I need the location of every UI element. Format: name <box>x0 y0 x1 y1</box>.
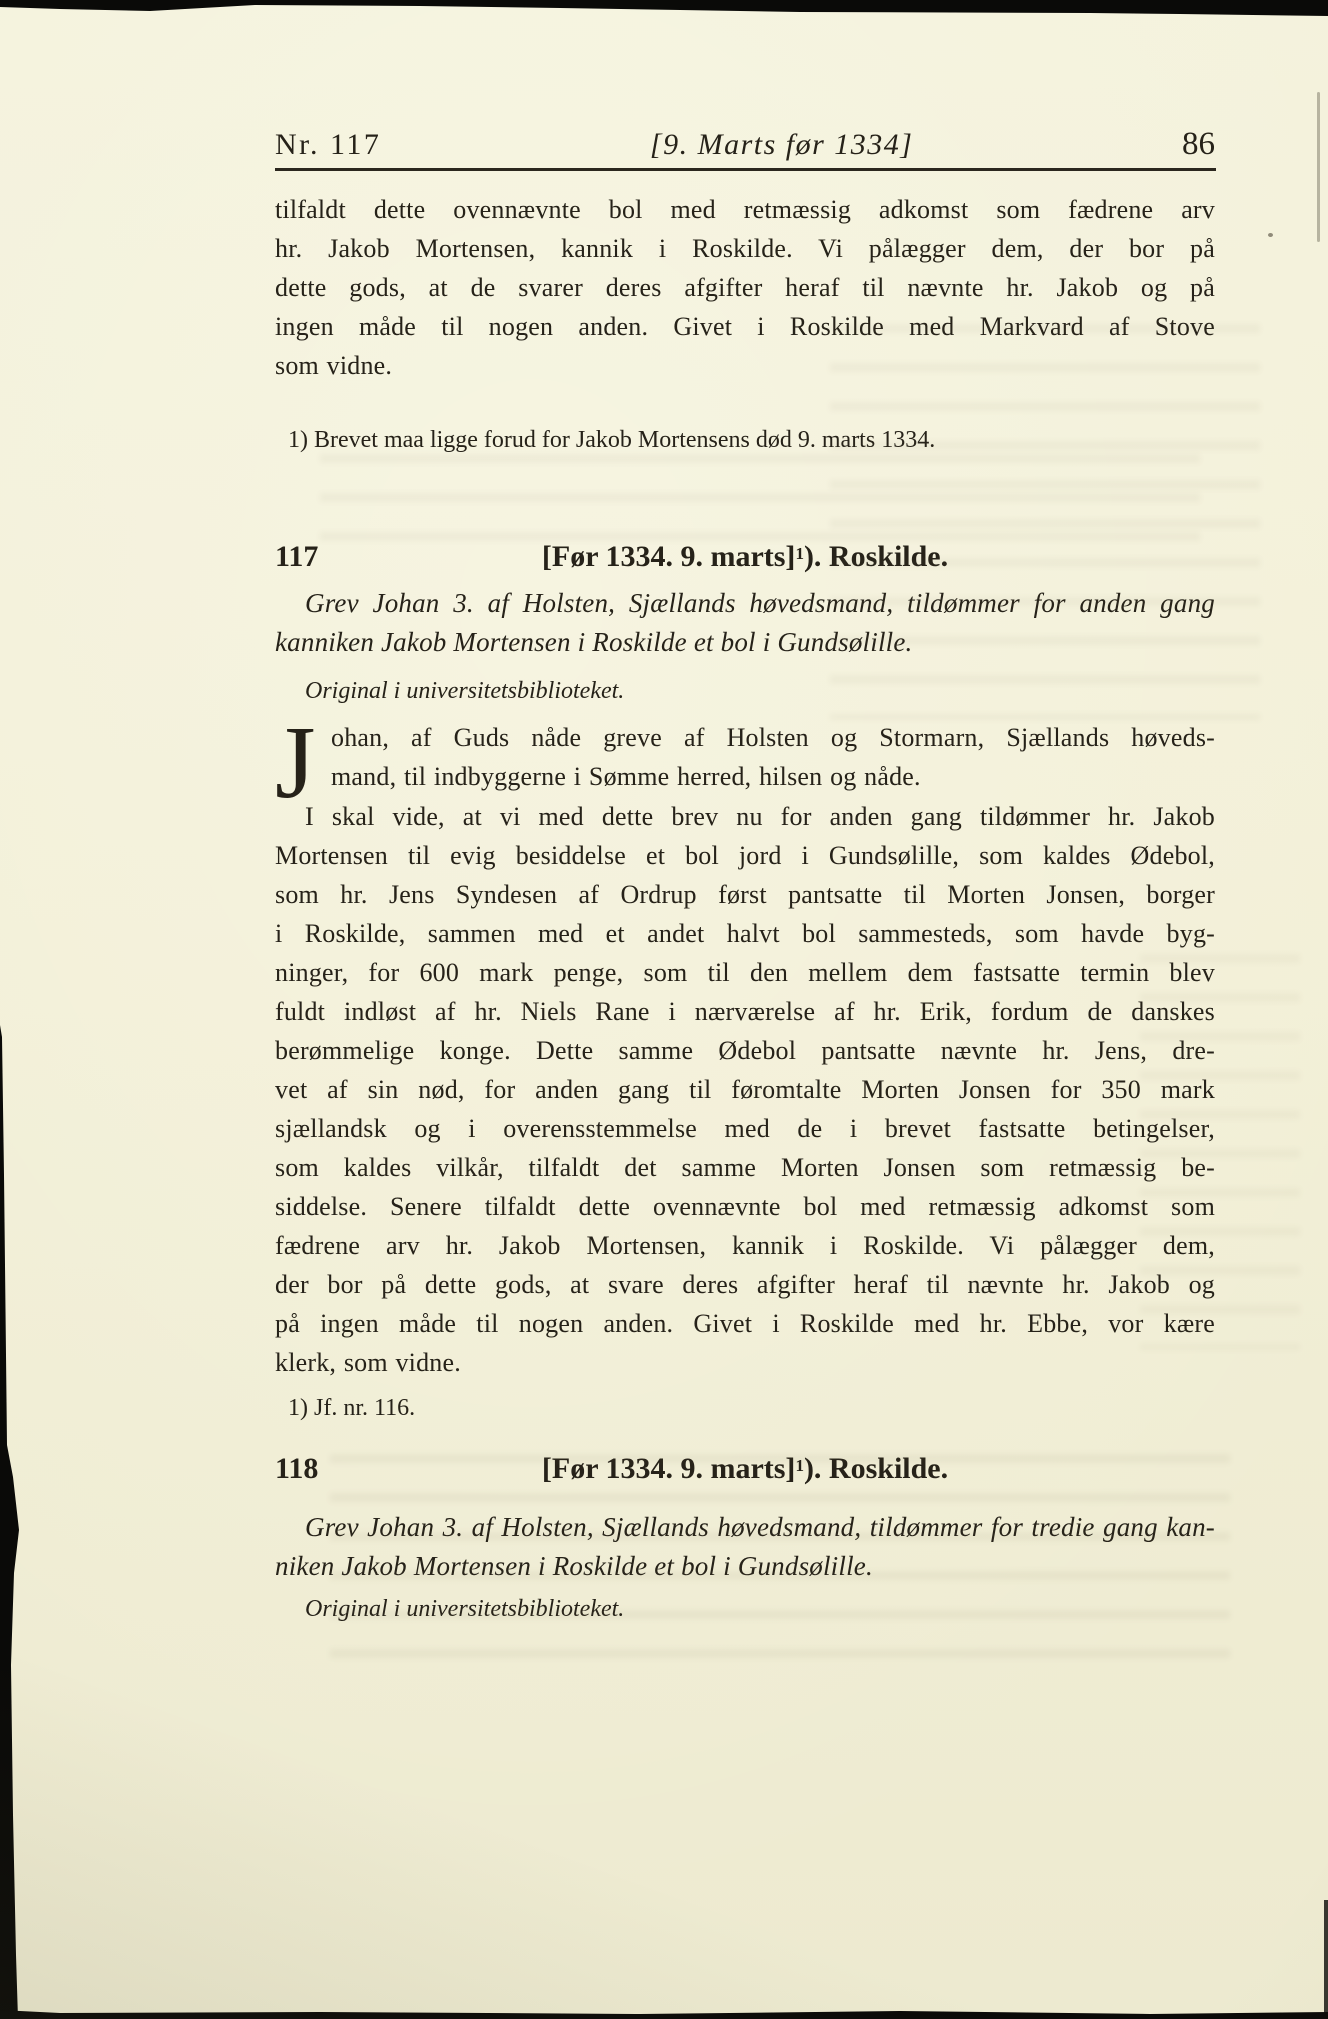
text-line: sjællandsk og i overensstemmelse med de … <box>275 1109 1215 1148</box>
entry-117-heading-text: [Før 1334. 9. marts]1). Roskilde. <box>542 540 948 573</box>
text-line: Grev Johan 3. af Holsten, Sjællands høve… <box>275 584 1215 623</box>
entry-118-number: 118 <box>275 1452 318 1486</box>
text-line: Mortensen til evig besiddelse et bol jor… <box>275 836 1215 875</box>
entry-117-summary: Grev Johan 3. af Holsten, Sjællands høve… <box>275 584 1215 662</box>
footnote-ref-mark: 1 <box>795 1456 804 1475</box>
text-line: ninger, for 600 mark penge, som til den … <box>275 953 1215 992</box>
entry-118-heading-text: [Før 1334. 9. marts]1). Roskilde. <box>542 1452 948 1485</box>
entry-117-salutation-paragraph: J ohan, af Guds nåde greve af Holsten og… <box>275 718 1215 798</box>
running-header-entry-number: Nr. 117 <box>275 128 381 162</box>
running-header: Nr. 117 [9. Marts før 1334] 86 <box>275 126 1215 163</box>
entry-117-body-paragraph: I skal vide, at vi med dette brev nu for… <box>275 797 1215 1382</box>
scan-edge-right <box>1324 1900 1328 2019</box>
scan-edge-top <box>0 0 1328 18</box>
text-line: I skal vide, at vi med dette brev nu for… <box>275 797 1215 836</box>
text-line: vet af sin nød, for anden gang til førom… <box>275 1070 1215 1109</box>
scan-edge-bottom <box>0 2010 1328 2019</box>
text-line: fædrene arv hr. Jakob Mortensen, kannik … <box>275 1226 1215 1265</box>
text-line: ingen måde til nogen anden. Givet i Rosk… <box>275 307 1215 346</box>
text-line: dette gods, at de svarer deres afgifter … <box>275 268 1215 307</box>
text-line: ohan, af Guds nåde greve af Holsten og S… <box>275 718 1215 757</box>
entry-117-heading: 117 [Før 1334. 9. marts]1). Roskilde. <box>275 540 1215 574</box>
entry-117-footnote: 1) Jf. nr. 116. <box>288 1392 1215 1424</box>
text-line: berømmelige konge. Dette samme Ødebol pa… <box>275 1031 1215 1070</box>
text-line: på ingen måde til nogen anden. Givet i R… <box>275 1304 1215 1343</box>
scanned-book-page: Nr. 117 [9. Marts før 1334] 86 tilfaldt … <box>0 0 1328 2019</box>
text-line: kanniken Jakob Mortensen i Roskilde et b… <box>275 623 1215 662</box>
text-line: som kaldes vilkår, tilfaldt det samme Mo… <box>275 1148 1215 1187</box>
text-line: som vidne. <box>275 346 1215 385</box>
entry-117-number: 117 <box>275 540 318 574</box>
text-line: siddelse. Senere tilfaldt dette ovennævn… <box>275 1187 1215 1226</box>
text-line: der bor på dette gods, at svare deres af… <box>275 1265 1215 1304</box>
text-line: tilfaldt dette ovennævnte bol med retmæs… <box>275 190 1215 229</box>
entry-117-date: [Før 1334. 9. marts] <box>542 540 796 573</box>
entry-118-date: [Før 1334. 9. marts] <box>542 1452 796 1485</box>
salutation-lines: ohan, af Guds nåde greve af Holsten og S… <box>275 718 1215 796</box>
text-line: hr. Jakob Mortensen, kannik i Roskilde. … <box>275 229 1215 268</box>
text-line: Grev Johan 3. af Holsten, Sjællands høve… <box>275 1508 1215 1547</box>
text-line: mand, til indbyggerne i Sømme herred, hi… <box>275 757 1215 796</box>
entry-117-source-note: Original i universitetsbiblioteket. <box>305 678 1215 705</box>
scan-edge-left <box>0 1025 24 2019</box>
text-line: klerk, som vidne. <box>275 1343 1215 1382</box>
text-line: niken Jakob Mortensen i Roskilde et bol … <box>275 1547 1215 1586</box>
entry-116-footnote: 1) Brevet maa ligge forud for Jakob Mort… <box>288 424 1215 456</box>
entry-118-summary: Grev Johan 3. af Holsten, Sjællands høve… <box>275 1508 1215 1586</box>
page-number: 86 <box>1182 126 1215 163</box>
entry-118-place: ). Roskilde. <box>804 1452 948 1485</box>
text-line: i Roskilde, sammen med et andet halvt bo… <box>275 914 1215 953</box>
dropcap-initial: J <box>275 711 321 791</box>
ink-speck <box>1268 233 1273 237</box>
footnote-ref-mark: 1 <box>795 544 804 563</box>
entry-118-heading: 118 [Før 1334. 9. marts]1). Roskilde. <box>275 1452 1215 1486</box>
text-line: som hr. Jens Syndesen af Ordrup først pa… <box>275 875 1215 914</box>
scan-scratch-mark <box>1317 92 1320 242</box>
text-line: fuldt indløst af hr. Niels Rane i nærvær… <box>275 992 1215 1031</box>
entry-117-place: ). Roskilde. <box>804 540 948 573</box>
entry-118-source-note: Original i universitetsbiblioteket. <box>305 1596 1215 1623</box>
header-rule <box>275 168 1216 171</box>
entry-116-continuation-paragraph: tilfaldt dette ovennævnte bol med retmæs… <box>275 190 1215 385</box>
running-header-date: [9. Marts før 1334] <box>381 128 1182 162</box>
